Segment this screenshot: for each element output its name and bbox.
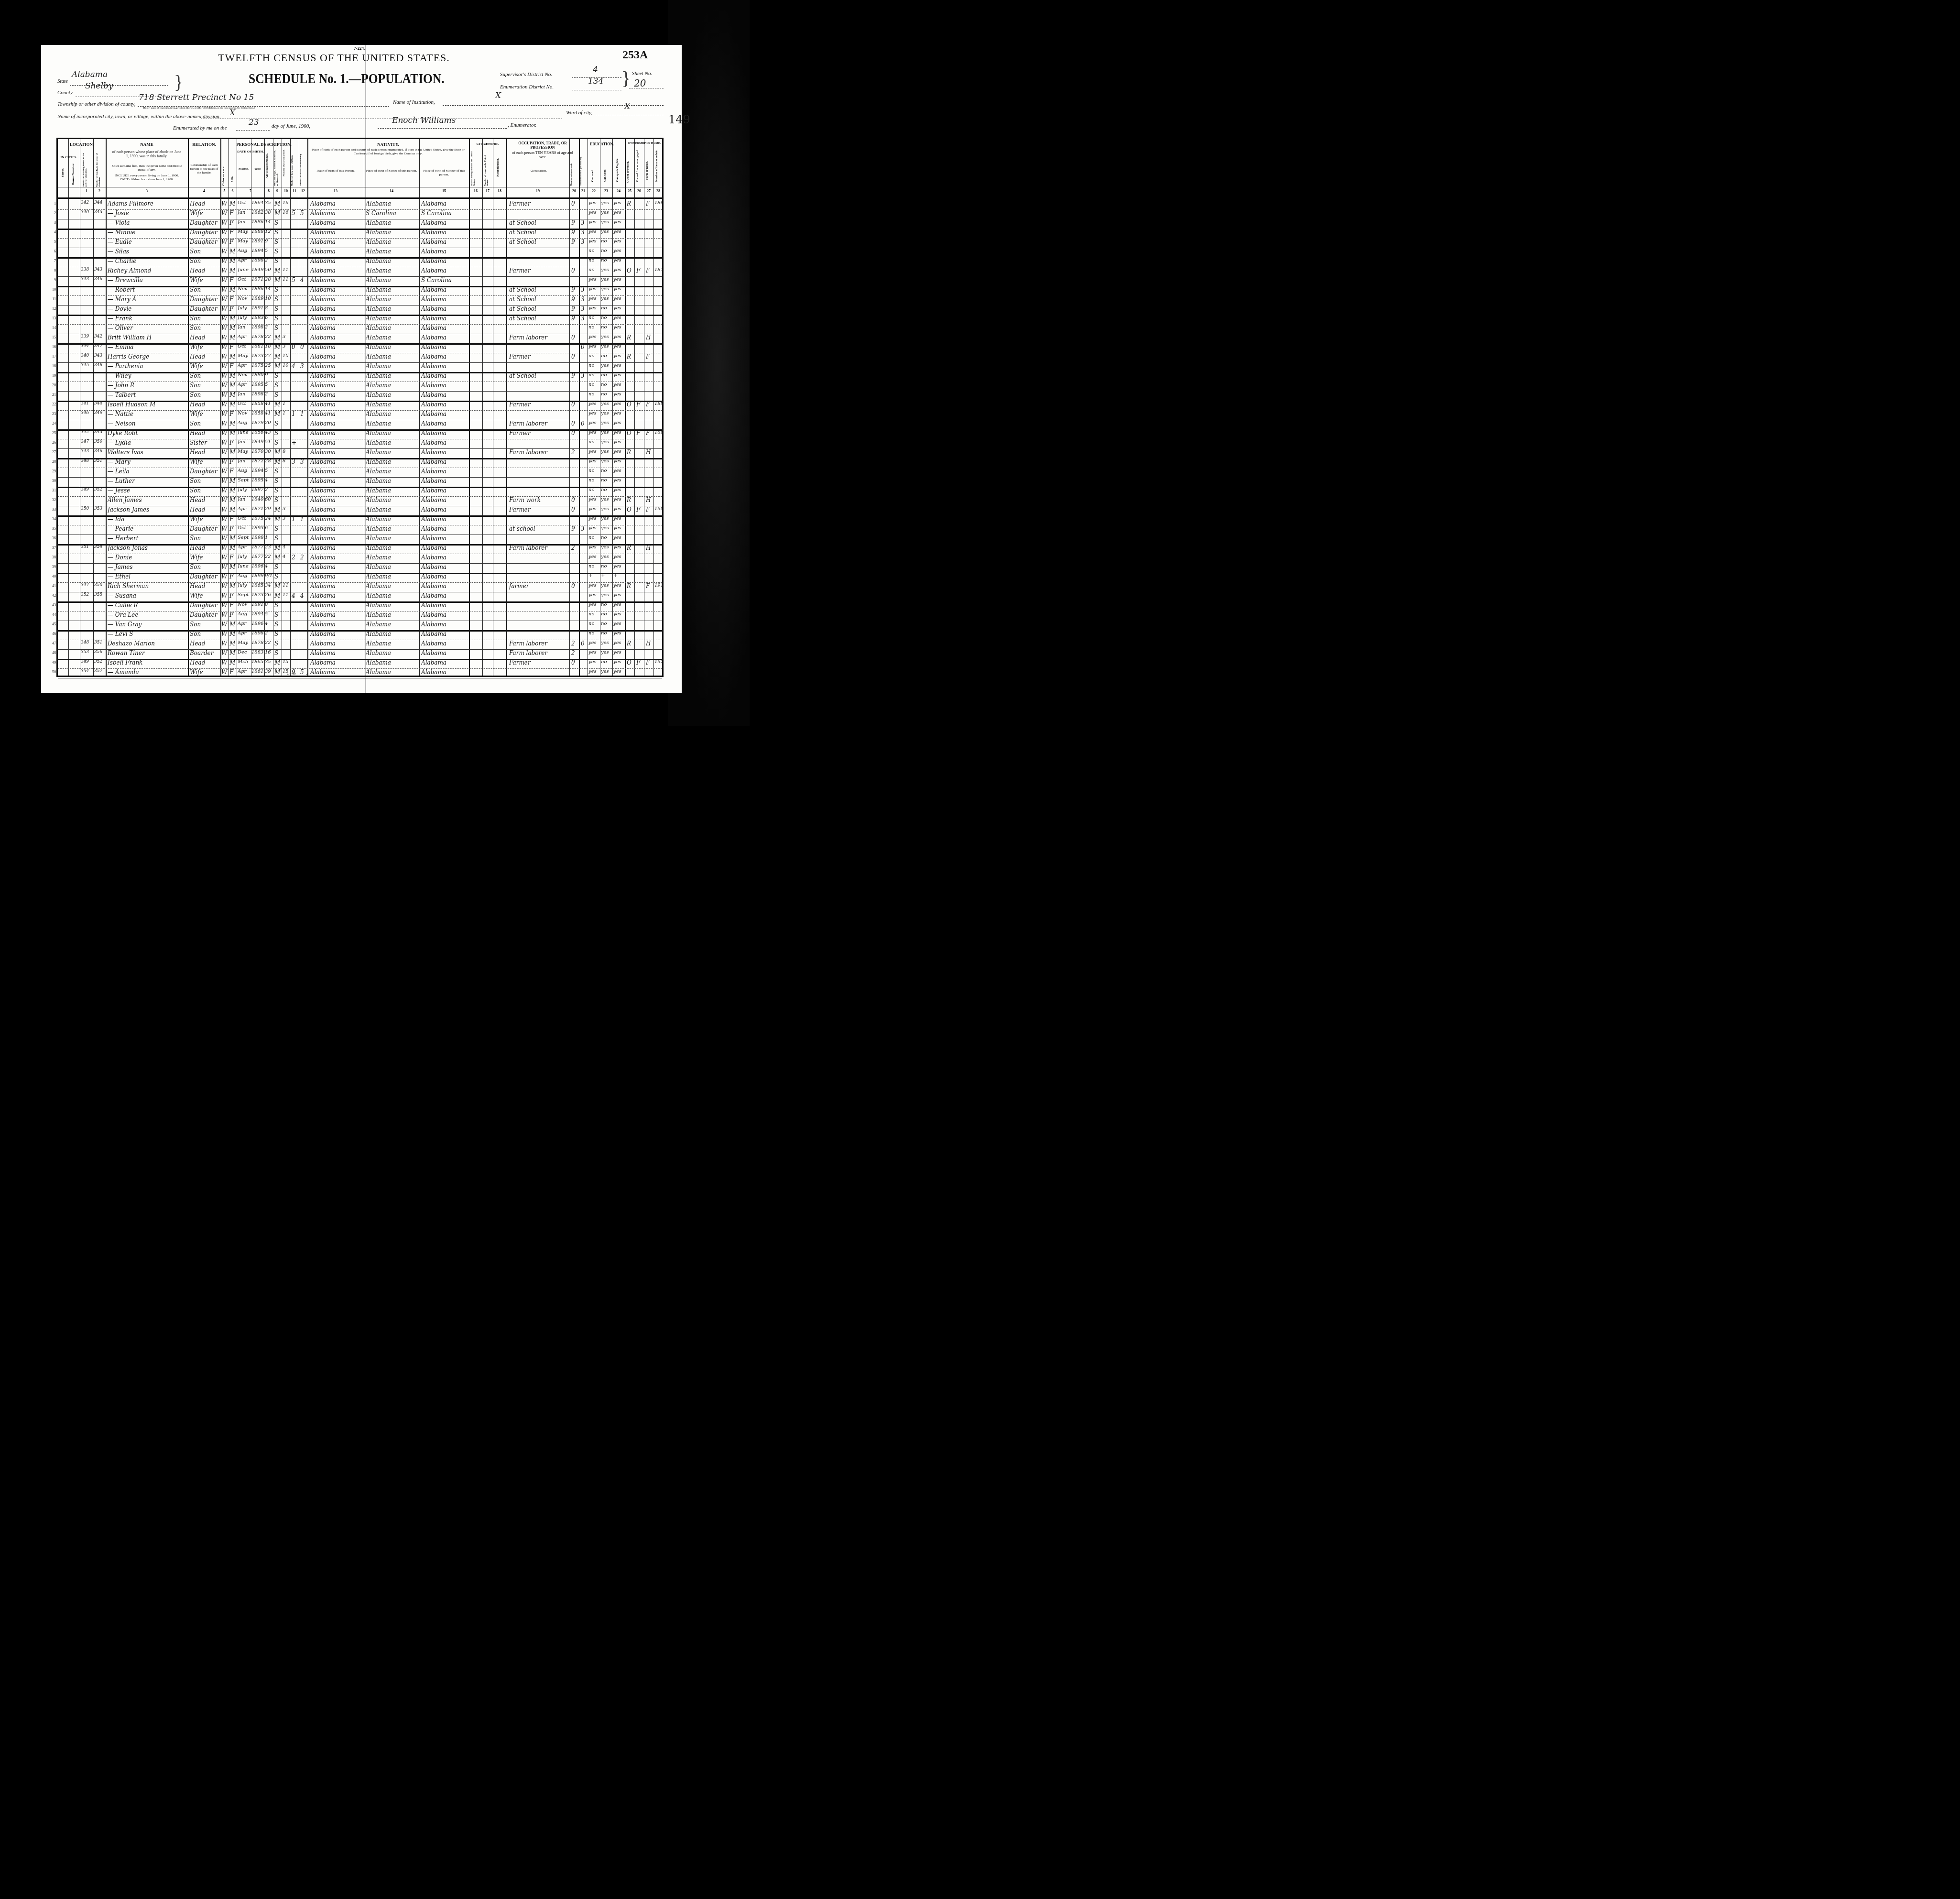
can-read: no	[588, 535, 600, 540]
family-number: 350	[94, 583, 106, 588]
age: 4	[265, 621, 273, 626]
sex: M	[229, 497, 236, 503]
years-married: 11	[283, 267, 290, 273]
line-number: 21	[47, 393, 56, 397]
relation: Boarder	[190, 650, 219, 656]
age: 39	[265, 669, 273, 674]
occupation: Farm laborer	[509, 449, 568, 456]
birthplace-mother: Alabama	[421, 545, 468, 551]
line-number: 45	[47, 622, 56, 626]
birthplace-person: Alabama	[310, 296, 363, 303]
can-read: no	[588, 564, 600, 569]
birth-year: 1861	[251, 669, 264, 674]
birthplace-father: Alabama	[366, 325, 418, 331]
birth-month: Aug	[238, 248, 251, 253]
marital-status: S	[274, 430, 282, 437]
birthplace-father: Alabama	[366, 535, 418, 542]
farm-or-house: H	[646, 640, 653, 647]
can-speak-english: yes	[613, 306, 625, 311]
birth-month: July	[238, 306, 251, 311]
can-speak-english: yes	[613, 325, 625, 330]
marital-status: M	[274, 669, 282, 676]
marital-status: M	[274, 592, 282, 599]
birth-month: July	[238, 315, 251, 320]
can-read: no	[588, 621, 600, 626]
color: W	[221, 506, 228, 513]
can-speak-english: yes	[613, 411, 625, 416]
farm-schedule-number: 190	[654, 506, 664, 512]
person-name: — Levi S	[108, 631, 187, 637]
line-number: 17	[47, 354, 56, 359]
color: W	[221, 535, 228, 542]
line-number: 1	[47, 201, 56, 206]
birth-month: July	[238, 487, 251, 492]
marital-status: M	[274, 363, 282, 370]
sex: F	[229, 611, 236, 618]
color: W	[221, 545, 228, 551]
person-name: — Ora Lee	[108, 611, 187, 618]
birthplace-mother: Alabama	[421, 344, 468, 350]
occupation: at School	[509, 219, 568, 226]
birthplace-mother: Alabama	[421, 583, 468, 589]
color: W	[221, 516, 228, 523]
relation: Wife	[190, 592, 219, 599]
farm-or-house: F	[646, 267, 653, 274]
can-write: yes	[601, 650, 612, 655]
birthplace-person: Alabama	[310, 631, 363, 637]
can-speak-english: yes	[613, 363, 625, 368]
relation: Son	[190, 286, 219, 293]
attended-school-heading: Attended school (in months).	[580, 152, 582, 186]
age: 60	[265, 497, 273, 502]
birth-year: 1896	[251, 621, 264, 626]
children-living: 0	[300, 344, 307, 350]
can-read: yes	[588, 583, 600, 588]
can-write: yes	[601, 401, 612, 406]
birthplace-mother: Alabama	[421, 478, 468, 484]
months-unemployed: 9	[571, 525, 578, 532]
township-underline	[138, 106, 389, 107]
supervisor-value: 4	[593, 65, 598, 75]
section-nativity: NATIVITY.	[307, 142, 469, 147]
relation: Sister	[190, 439, 219, 446]
birth-month: Apr	[238, 506, 251, 512]
birthplace-person: Alabama	[310, 277, 363, 284]
birthplace-person: Alabama	[310, 564, 363, 570]
can-speak-english: yes	[613, 248, 625, 253]
person-name: — Pearle	[108, 525, 187, 532]
color: W	[221, 525, 228, 532]
birth-year: 1871	[251, 277, 264, 282]
can-read: yes	[588, 334, 600, 339]
table-row: 16 344 347 — Emma Wife W F Oct 1881 18 M…	[58, 343, 662, 353]
occupation: at School	[509, 286, 568, 293]
years-married: 3	[283, 344, 290, 349]
can-speak-english: yes	[613, 602, 625, 607]
table-row: 41 347 350 Rich Sherman Head W M July 18…	[58, 582, 662, 592]
birth-year: 1875	[251, 363, 264, 368]
attended-school: 3	[581, 229, 588, 236]
months-unemployed: 0	[571, 267, 578, 274]
enumeration-value: 134	[588, 76, 603, 86]
dwelling-number: 343	[81, 449, 93, 454]
owned-or-rented: R	[627, 200, 633, 207]
person-name: — Drewcilla	[108, 277, 187, 284]
sex: M	[229, 267, 236, 274]
line-number: 28	[47, 459, 56, 464]
sex: M	[229, 621, 236, 628]
can-speak-english: yes	[613, 353, 625, 359]
birthplace-father: Alabama	[366, 583, 418, 589]
color: W	[221, 315, 228, 322]
birthplace-mother: Alabama	[421, 229, 468, 236]
dwelling-number: 340	[81, 353, 93, 358]
farm-schedule-heading: Number of farm schedule.	[655, 150, 658, 182]
person-name: — Minnie	[108, 229, 187, 236]
person-name: — Oliver	[108, 325, 187, 331]
sex: F	[229, 344, 236, 350]
farm-or-house: F	[646, 583, 653, 589]
children-living: 4	[300, 277, 307, 284]
birth-month: Sept	[238, 478, 251, 483]
can-read: yes	[588, 516, 600, 521]
birthplace-mother: S Carolina	[421, 277, 468, 284]
colnum-14: 14	[364, 189, 419, 193]
can-read: no	[588, 315, 600, 320]
months-unemployed: 2	[571, 449, 578, 456]
section-in-cities: IN CITIES.	[58, 155, 80, 159]
can-write: yes	[601, 277, 612, 282]
person-name: — Leila	[108, 468, 187, 475]
nativity-description: Place of birth of each person and parent…	[311, 148, 465, 155]
children-living: 1	[300, 411, 307, 417]
can-read: yes	[588, 219, 600, 225]
occupation-description: of each person TEN YEARS of age and over…	[509, 151, 576, 159]
can-speak-english: yes	[613, 583, 625, 588]
birthplace-person: Alabama	[310, 583, 363, 589]
color: W	[221, 248, 228, 255]
birth-year: 1891	[251, 306, 264, 311]
line-number: 9	[47, 278, 56, 282]
city-value: X	[229, 108, 235, 118]
dwelling-number: 349	[81, 487, 93, 492]
can-speak-english: yes	[613, 315, 625, 320]
birthplace-person: Alabama	[310, 497, 363, 503]
occupation: at School	[509, 315, 568, 322]
age: 9	[265, 372, 273, 378]
can-write: no	[601, 631, 612, 636]
birthplace-mother: Alabama	[421, 296, 468, 303]
sex: M	[229, 640, 236, 647]
age: 5	[265, 468, 273, 473]
enumerated-prefix: Enumerated by me on the	[173, 125, 227, 131]
birthplace-father: S Carolina	[366, 210, 418, 217]
line-number: 38	[47, 555, 56, 559]
marital-status: M	[274, 554, 282, 561]
can-read: yes	[588, 200, 600, 206]
colnum-1: 1	[80, 189, 93, 193]
person-name: — Charlie	[108, 258, 187, 264]
owned-or-rented: O	[627, 430, 633, 437]
dwelling-number: 343	[81, 277, 93, 282]
birth-year: 1889	[251, 296, 264, 301]
table-row: 14 — Oliver Son W M Jan 1898 2 S Alabama…	[58, 324, 662, 334]
months-unemployed: 0	[571, 430, 578, 437]
person-name: Isbell Hudson M	[108, 401, 187, 408]
children-living: 4	[300, 592, 307, 599]
line-number: 7	[47, 259, 56, 263]
relation: Son	[190, 372, 219, 379]
birthplace-person: Alabama	[310, 267, 363, 274]
years-married: 11	[283, 592, 290, 598]
age: 41	[265, 401, 273, 406]
can-speak-english: yes	[613, 640, 625, 645]
line-number: 27	[47, 450, 56, 454]
relation: Head	[190, 200, 219, 207]
marital-status: S	[274, 611, 282, 618]
dwelling-number: 348	[81, 640, 93, 645]
can-speak-english: yes	[613, 372, 625, 378]
colnum-24: 24	[612, 189, 625, 193]
can-write: yes	[601, 219, 612, 225]
relation: Head	[190, 545, 219, 551]
color: W	[221, 650, 228, 656]
birth-month: Nov	[238, 372, 251, 378]
color: W	[221, 334, 228, 341]
dwelling-number: 340	[81, 210, 93, 215]
birth-year: 1898	[251, 258, 264, 263]
institution-label: Name of Institution,	[393, 99, 435, 105]
birthplace-father: Alabama	[366, 267, 418, 274]
line-number: 18	[47, 364, 56, 368]
dwelling-number: 338	[81, 267, 93, 272]
table-row: 7 — Charlie Son W M Apr 1898 2 S Alabama…	[58, 257, 662, 267]
family-number: 349	[94, 411, 106, 415]
person-name: Allen James	[108, 497, 187, 503]
colnum-4: 4	[188, 189, 220, 193]
age: 29	[265, 506, 273, 512]
colnum-6: 6	[229, 189, 237, 193]
farm-or-house: H	[646, 497, 653, 503]
age: 28	[265, 458, 273, 464]
birthplace-person: Alabama	[310, 200, 363, 207]
color: W	[221, 631, 228, 637]
line-number: 8	[47, 268, 56, 273]
can-speak-english: yes	[613, 525, 625, 531]
line-number: 47	[47, 641, 56, 645]
occupation: at School	[509, 229, 568, 236]
years-married: 4	[283, 545, 290, 550]
person-name: — Nelson	[108, 420, 187, 427]
sex: M	[229, 506, 236, 513]
birthplace-mother: Alabama	[421, 258, 468, 264]
birth-year: 1893	[251, 525, 264, 531]
sex: M	[229, 583, 236, 589]
schedule-title: SCHEDULE No. 1.—POPULATION.	[249, 71, 445, 87]
marital-status: M	[274, 516, 282, 523]
sheet-value: 20	[634, 77, 646, 89]
person-name: Britt William H	[108, 334, 187, 341]
can-read: no	[588, 468, 600, 473]
birth-year: 1873	[251, 592, 264, 598]
years-married: 3	[283, 516, 290, 521]
owned-or-rented: R	[627, 640, 633, 647]
can-write: yes	[601, 497, 612, 502]
birthplace-father: Alabama	[366, 506, 418, 513]
dwelling-number: 349	[81, 659, 93, 664]
occupation: Farmer	[509, 430, 568, 437]
birth-month: Jan	[238, 219, 251, 225]
person-name: — Van Gray	[108, 621, 187, 628]
marital-status: S	[274, 325, 282, 331]
sex: M	[229, 382, 236, 389]
table-row: 49 349 352 Isbell Frank Head W M Mch 186…	[58, 658, 662, 669]
marital-status: M	[274, 210, 282, 217]
free-or-mortgaged: F	[636, 401, 643, 408]
marital-status: S	[274, 621, 282, 628]
relation: Head	[190, 353, 219, 360]
marital-status: M	[274, 506, 282, 513]
color: W	[221, 564, 228, 570]
relation: Head	[190, 334, 219, 341]
color: W	[221, 411, 228, 417]
birth-month: June	[238, 430, 251, 435]
birth-month: Oct	[238, 200, 251, 206]
table-row: 5 — Eudie Daughter W F May 1891 9 S Alab…	[58, 238, 662, 248]
birthplace-person: Alabama	[310, 468, 363, 475]
birth-year: 1875	[251, 516, 264, 521]
table-row: 47 348 351 Deshazo Marion Head W M May 1…	[58, 639, 662, 650]
sex: F	[229, 210, 236, 217]
relation: Wife	[190, 344, 219, 350]
birthplace-father: Alabama	[366, 382, 418, 389]
header-numbers-line	[58, 187, 662, 187]
can-write: yes	[601, 420, 612, 426]
can-speak-english: yes	[613, 564, 625, 569]
birthplace-mother: Alabama	[421, 458, 468, 465]
birthplace-father: Alabama	[366, 353, 418, 360]
birth-year: 1893	[251, 315, 264, 320]
birthplace-father: Alabama	[366, 258, 418, 264]
colnum-15: 15	[419, 189, 469, 193]
header-bottom-line	[58, 197, 662, 199]
marital-status: M	[274, 545, 282, 551]
birth-year: 1899	[251, 573, 264, 578]
birth-year: 1891	[251, 239, 264, 244]
color: W	[221, 583, 228, 589]
sex: F	[229, 296, 236, 303]
can-write: yes	[601, 583, 612, 588]
can-speak-english: yes	[613, 535, 625, 540]
family-number: 345	[94, 210, 106, 215]
birthplace-person: Alabama	[310, 439, 363, 446]
birth-year: 1879	[251, 420, 264, 426]
can-speak-english: yes	[613, 334, 625, 339]
line-number: 31	[47, 488, 56, 492]
birthplace-father: Alabama	[366, 219, 418, 226]
birthplace-father: Alabama	[366, 229, 418, 236]
birthplace-mother: Alabama	[421, 430, 468, 437]
birthplace-mother: Alabama	[421, 325, 468, 331]
birth-month: Apr	[238, 631, 251, 636]
months-unemployed: 9	[571, 239, 578, 245]
birthplace-person: Alabama	[310, 545, 363, 551]
age: 4	[265, 564, 273, 569]
dwelling-number: 350	[81, 506, 93, 511]
dwelling-number: 351	[81, 545, 93, 549]
can-read: yes	[588, 458, 600, 464]
birthplace-mother: Alabama	[421, 669, 468, 676]
brace-state-county: }	[174, 71, 183, 93]
can-write: no	[601, 564, 612, 569]
birthplace-father: Alabama	[366, 344, 418, 350]
sex: M	[229, 420, 236, 427]
age: 27	[265, 353, 273, 359]
footer-mark-2: 2	[306, 672, 308, 676]
birthplace-person: Alabama	[310, 286, 363, 293]
birthplace-person: Alabama	[310, 372, 363, 379]
line-number: 16	[47, 345, 56, 349]
attended-school: 3	[581, 219, 588, 226]
age: 2	[265, 325, 273, 330]
birth-year: 1896	[251, 564, 264, 569]
birthplace-mother: Alabama	[421, 621, 468, 628]
owned-or-rented: R	[627, 497, 633, 503]
birth-month: Sept	[238, 535, 251, 540]
birth-year: 1888	[251, 229, 264, 234]
line-number: 41	[47, 584, 56, 588]
marital-status: S	[274, 468, 282, 475]
birth-month: Aug	[238, 420, 251, 426]
person-name: — Mary	[108, 458, 187, 465]
relation: Daughter	[190, 525, 219, 532]
marital-status: S	[274, 372, 282, 379]
marital-status: S	[274, 439, 282, 446]
birth-month: Oct	[238, 516, 251, 521]
birth-month: May	[238, 449, 251, 454]
birthplace-person: Alabama	[310, 334, 363, 341]
birthplace-person: Alabama	[310, 669, 363, 676]
farm-or-house: F	[646, 200, 653, 207]
birthplace-father: Alabama	[366, 478, 418, 484]
occupation: Farm work	[509, 497, 568, 503]
can-read: yes	[588, 602, 600, 607]
color: W	[221, 458, 228, 465]
birth-month: May	[238, 239, 251, 244]
mother-of-children: 0	[292, 344, 299, 350]
person-name: — John R	[108, 382, 187, 389]
person-name: — Eudie	[108, 239, 187, 245]
years-married: 1	[283, 411, 290, 416]
relation: Daughter	[190, 573, 219, 580]
sex: M	[229, 449, 236, 456]
birth-year: 1881	[251, 344, 264, 349]
can-write: yes	[601, 363, 612, 368]
birthplace-father: Alabama	[366, 315, 418, 322]
can-write: no	[601, 621, 612, 626]
sex: M	[229, 200, 236, 207]
can-read: yes	[588, 277, 600, 282]
person-name: Isbell Frank	[108, 659, 187, 666]
birthplace-mother: Alabama	[421, 631, 468, 637]
relation: Daughter	[190, 239, 219, 245]
marital-status: S	[274, 382, 282, 389]
color: W	[221, 277, 228, 284]
supervisor-label: Supervisor's District No.	[500, 72, 552, 77]
marital-status: S	[274, 602, 282, 609]
birth-month: Apr	[238, 334, 251, 339]
table-row: 20 — John R Son W M Apr 1895 5 S Alabama…	[58, 381, 662, 392]
